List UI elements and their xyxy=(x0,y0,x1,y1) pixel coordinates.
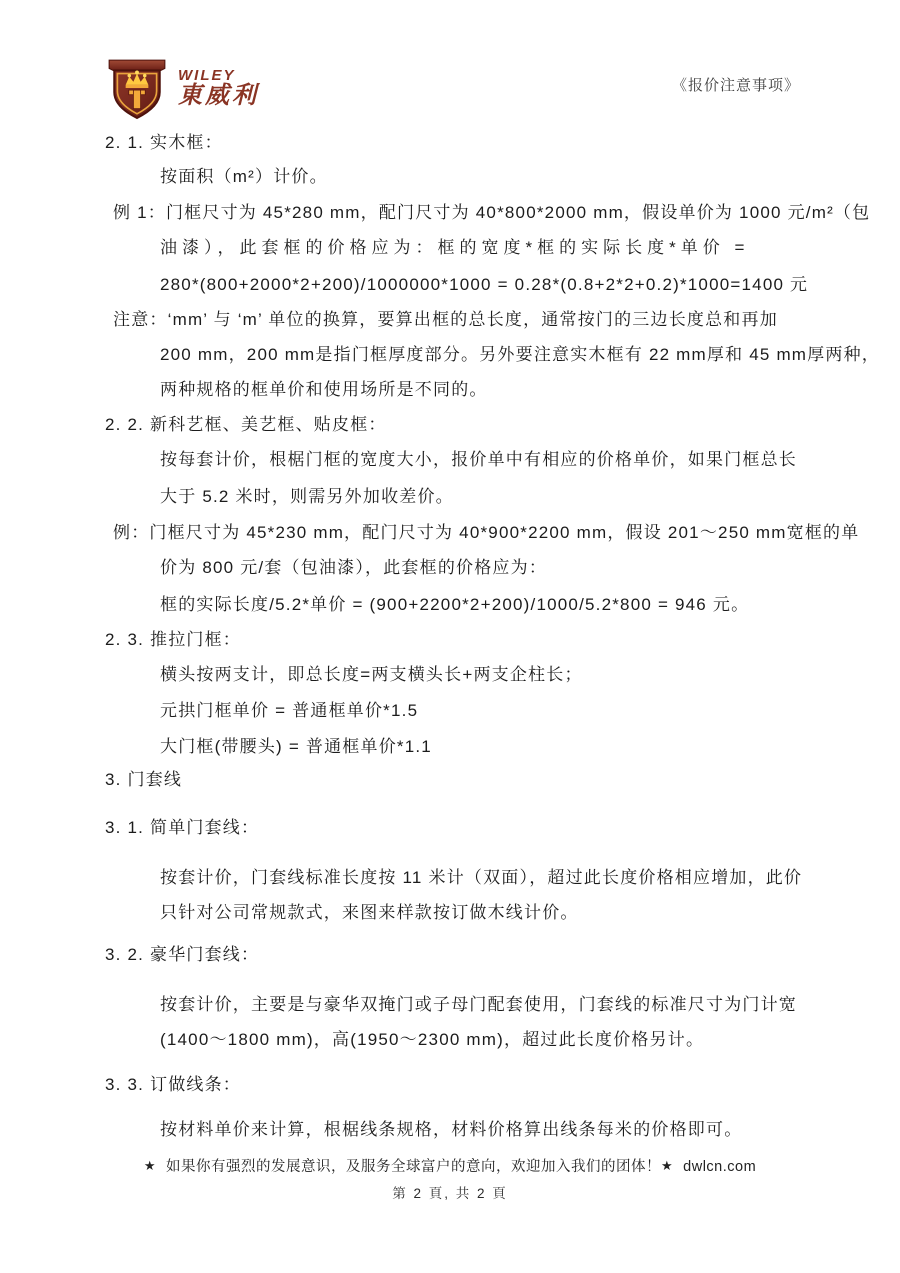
section-heading-3-3: 3. 3. 订做线条： xyxy=(105,1067,241,1103)
logo-wordmark: WILEY 東威利 xyxy=(178,56,259,109)
footer-message: ★如果你有强烈的发展意识，及服务全球富户的意向，欢迎加入我们的团体！★dwlcn… xyxy=(0,1155,900,1176)
formula-line: 大门框(带腰头) = 普通框单价*1.1 xyxy=(160,729,432,765)
document-page: { "header": { "brand_en": "WILEY", "bran… xyxy=(0,0,900,1273)
example-line: 例 1：门框尺寸为 45*280 mm，配门尺寸为 40*800*2000 mm… xyxy=(113,195,870,231)
company-logo: WILEY 東威利 xyxy=(108,56,259,120)
paragraph-line: 按材料单价来计算，根椐线条规格，材料价格算出线条每米的价格即可。 xyxy=(160,1112,742,1148)
paragraph-line: 只针对公司常规款式，来图来样款按订做木线计价。 xyxy=(160,895,579,931)
paragraph-line: 按每套计价，根椐门框的宽度大小，报价单中有相应的价格单价，如果门框总长 xyxy=(160,442,797,478)
section-heading-3-2: 3. 2. 豪华门套线： xyxy=(105,937,259,973)
star-icon: ★ xyxy=(144,1158,156,1173)
paragraph-line: 按套计价，门套线标准长度按 11 米计（双面），超过此长度价格相应增加，此价 xyxy=(160,860,802,896)
paragraph-line: 两种规格的框单价和使用场所是不同的。 xyxy=(160,372,488,408)
section-heading-2-2: 2. 2. 新科艺框、美艺框、贴皮框： xyxy=(105,407,387,443)
example-line: 例：门框尺寸为 45*230 mm，配门尺寸为 40*900*2200 mm，假… xyxy=(113,515,859,551)
footer-site-text: dwlcn.com xyxy=(683,1159,756,1175)
formula-line: 框的实际长度/5.2*单价 = (900+2200*2+200)/1000/5.… xyxy=(160,587,749,623)
paragraph-line: 按面积（m²）计价。 xyxy=(160,159,328,195)
paragraph-line: 大于 5.2 米时，则需另外加收差价。 xyxy=(160,479,454,515)
paragraph-line: (1400～1800 mm)，高(1950～2300 mm)，超过此长度价格另计… xyxy=(160,1022,704,1058)
section-heading-2-3: 2. 3. 推拉门框： xyxy=(105,622,241,658)
note-line: 注意：‘mm’ 与 ‘m’ 单位的换算，要算出框的总长度，通常按门的三边长度总和… xyxy=(113,302,778,338)
formula-line: 元拱门框单价 = 普通框单价*1.5 xyxy=(160,693,418,729)
paragraph-line: 按套计价，主要是与豪华双掩门或子母门配套使用，门套线的标准尺寸为门计宽 xyxy=(160,987,797,1023)
section-heading-3: 3. 门套线 xyxy=(105,762,182,798)
paragraph-line: 200 mm，200 mm是指门框厚度部分。另外要注意实木框有 22 mm厚和 … xyxy=(160,337,880,373)
wiley-shield-logo-icon xyxy=(108,56,166,120)
star-icon: ★ xyxy=(661,1158,673,1173)
section-heading-3-1: 3. 1. 简单门套线： xyxy=(105,810,259,846)
paragraph-line: 价为 800 元/套（包油漆），此套框的价格应为： xyxy=(160,550,547,586)
paragraph-line: 横头按两支计，即总长度=两支横头长+两支企柱长； xyxy=(160,657,583,693)
section-heading-2-1: 2. 1. 实木框： xyxy=(105,125,223,161)
formula-line: 280*(800+2000*2+200)/1000000*1000 = 0.28… xyxy=(160,267,808,303)
document-title: 《报价注意事项》 xyxy=(672,74,800,95)
brand-name-en: WILEY xyxy=(178,68,259,83)
footer-message-text: 如果你有强烈的发展意识，及服务全球富户的意向，欢迎加入我们的团体！ xyxy=(166,1159,661,1175)
paragraph-line: 油漆），此套框的价格应为：框的宽度*框的实际长度*单价 = xyxy=(160,230,749,266)
page-number: 第 2 頁, 共 2 頁 xyxy=(0,1182,900,1202)
brand-name-cn: 東威利 xyxy=(178,83,259,109)
